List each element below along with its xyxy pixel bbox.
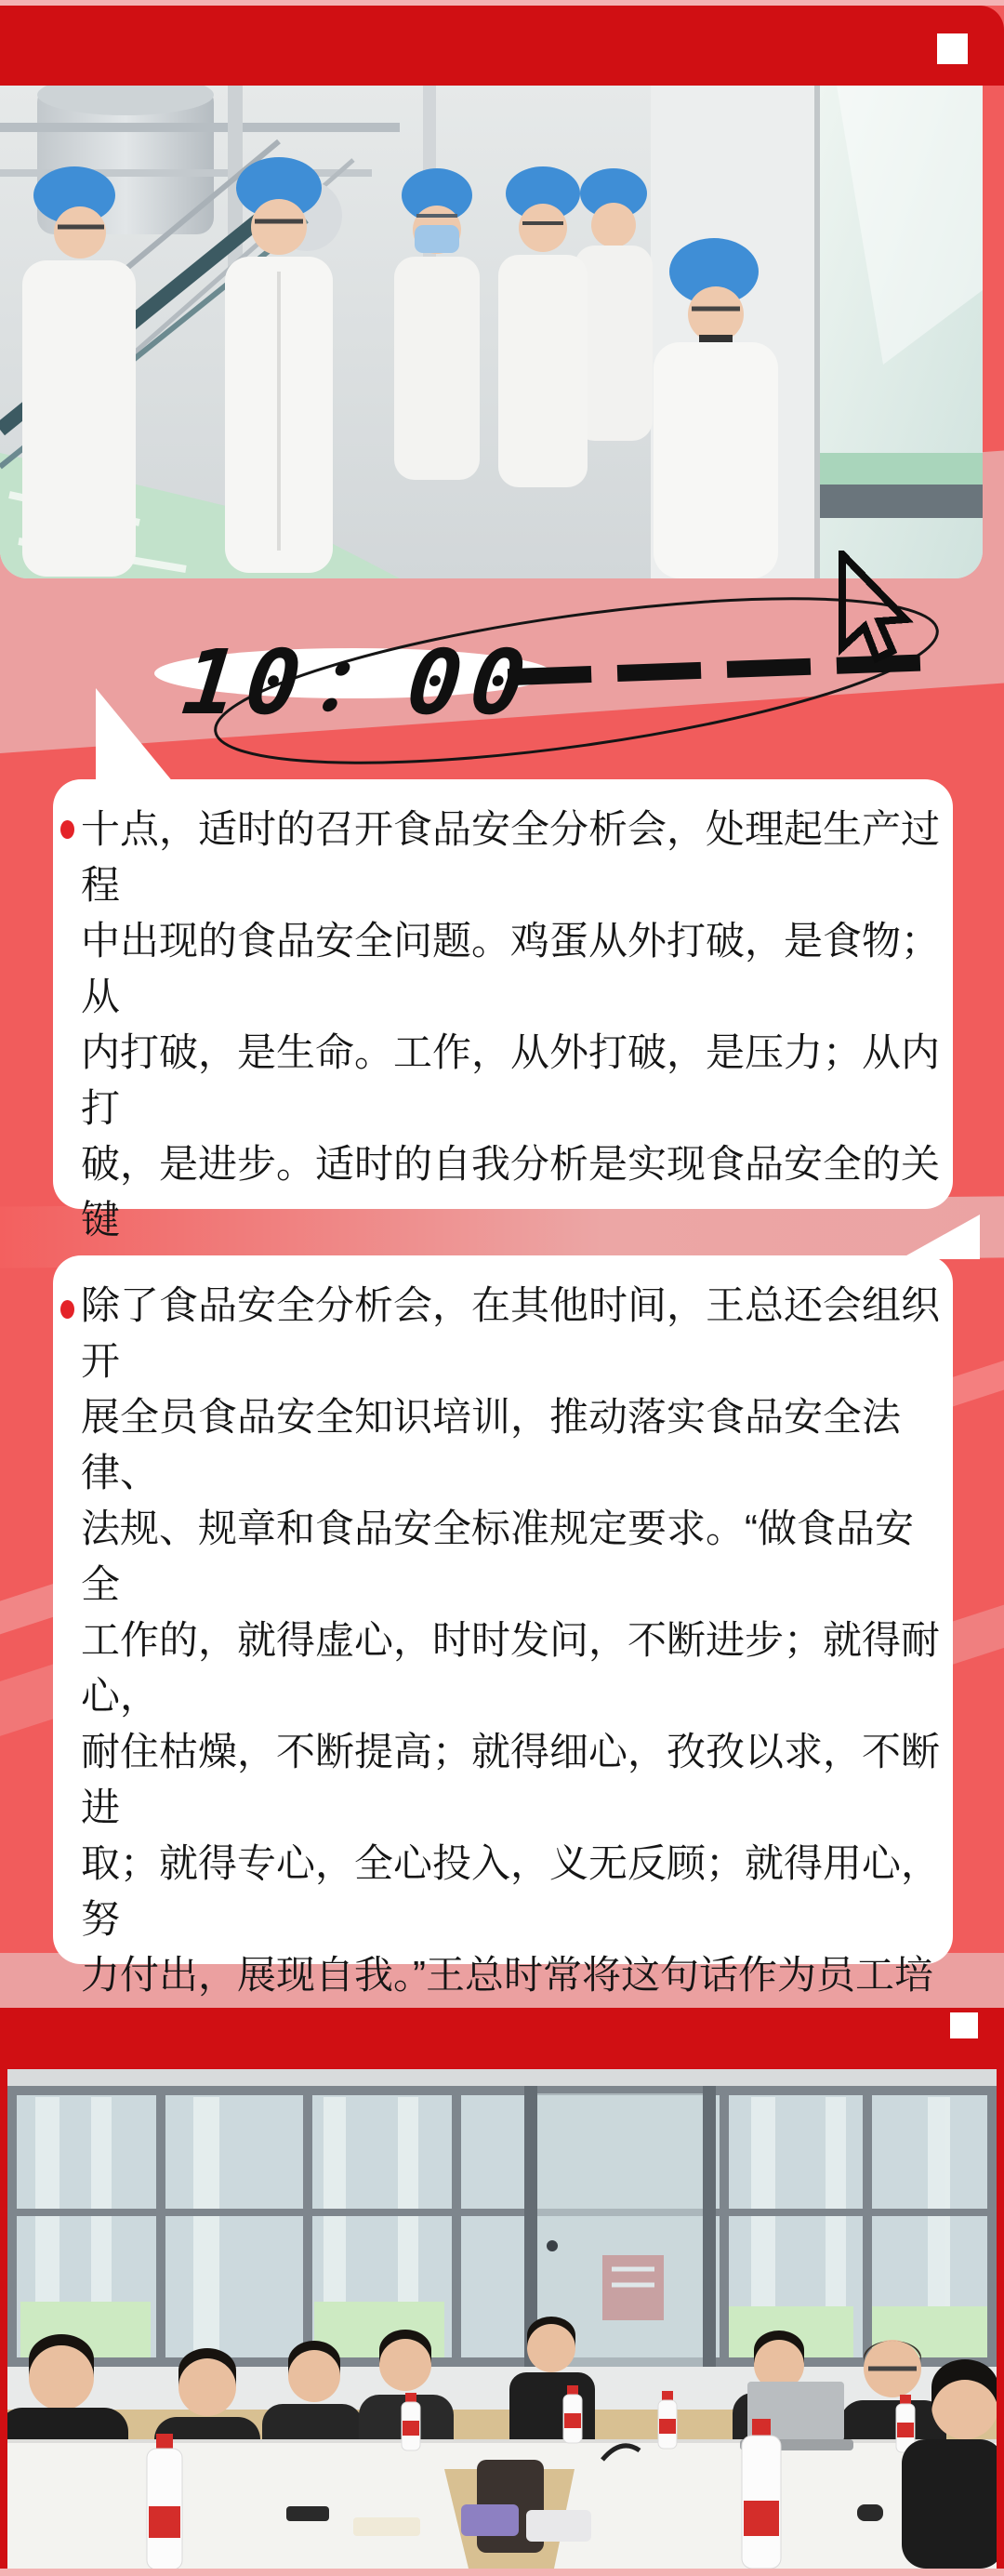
- speech-bubble-1: 十点，适时的召开食品安全分析会，处理起生产过程 中出现的食品安全问题。鸡蛋从外打…: [53, 779, 953, 1209]
- bottom-red-band: [0, 2008, 1004, 2576]
- top-red-band: [0, 6, 1004, 86]
- meeting-scene: [7, 2069, 997, 2569]
- timeline-graphic: 10：00: [139, 595, 939, 772]
- meeting-room-photo: [7, 2069, 997, 2569]
- mouse-cursor-icon: [835, 551, 920, 668]
- time-label: 10：00: [178, 612, 542, 739]
- red-bullet-dot: [60, 1300, 74, 1319]
- white-square-icon: [950, 2012, 978, 2038]
- white-square-icon: [937, 33, 968, 64]
- poster-page: 10：00 十点，适时的召开食品安全分析会，处理起生产过程 中出现的食品安全问题…: [0, 0, 1004, 2576]
- factory-visit-photo: [0, 86, 983, 578]
- bottom-pink-strip: [0, 2569, 1004, 2576]
- factory-scene: [0, 86, 983, 578]
- speech-bubble-2: 除了食品安全分析会，在其他时间，王总还会组织开 展全员食品安全知识培训，推动落实…: [53, 1255, 953, 1964]
- red-bullet-dot: [60, 820, 74, 839]
